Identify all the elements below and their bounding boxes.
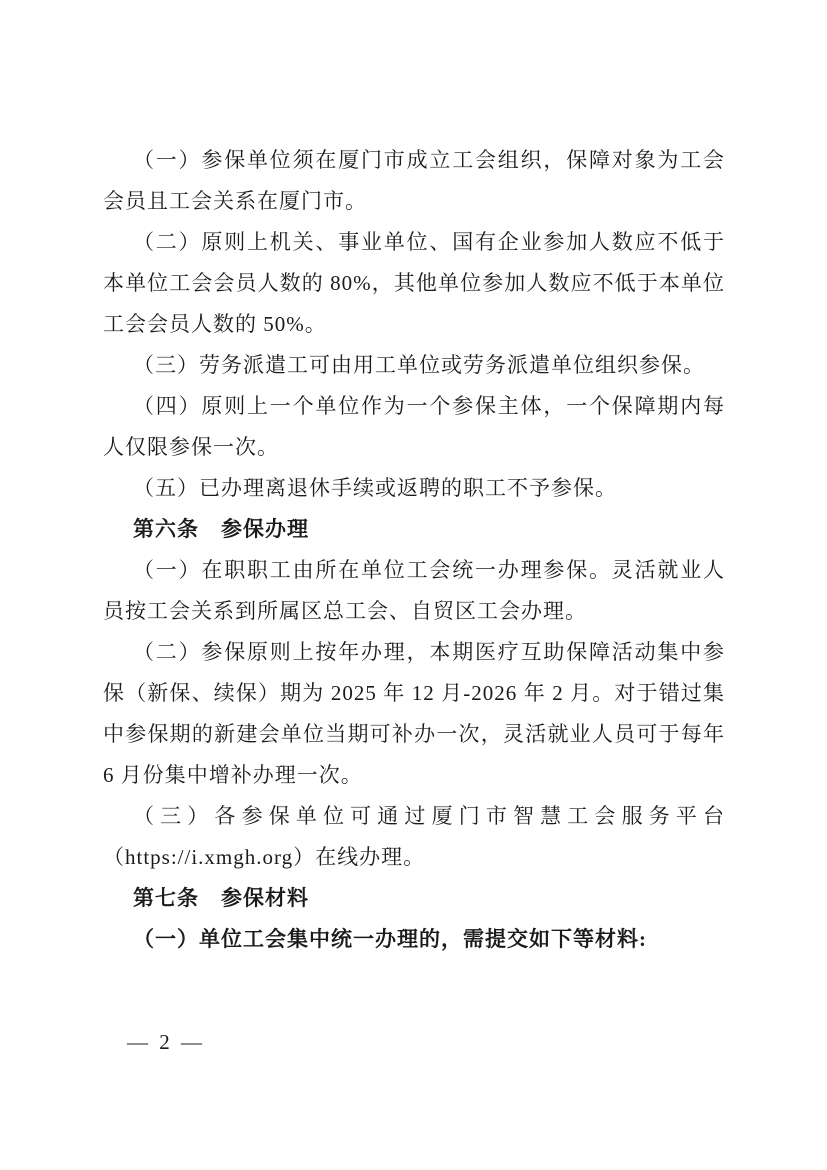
text-line: 工会会员人数的 50%。 (103, 304, 725, 345)
text-line: （二）原则上机关、事业单位、国有企业参加人数应不低于 (103, 222, 725, 263)
page-number: — 2 — (127, 1027, 205, 1057)
text-line: （二）参保原则上按年办理，本期医疗互助保障活动集中参 (103, 632, 725, 673)
text-line: 中参保期的新建会单位当期可补办一次，灵活就业人员可于每年 (103, 714, 725, 755)
text-line: 保（新保、续保）期为 2025 年 12 月-2026 年 2 月。对于错过集 (103, 673, 725, 714)
text-line: （三）各参保单位可通过厦门市智慧工会服务平台 (103, 796, 725, 837)
text-line: （四）原则上一个单位作为一个参保主体，一个保障期内每 (103, 386, 725, 427)
text-line: （一）单位工会集中统一办理的，需提交如下等材料: (103, 919, 725, 960)
text-line: 第六条 参保办理 (103, 509, 725, 550)
text-line: （三）劳务派遣工可由用工单位或劳务派遣单位组织参保。 (103, 345, 725, 386)
text-line: 第七条 参保材料 (103, 878, 725, 919)
text-line: 员按工会关系到所属区总工会、自贸区工会办理。 (103, 591, 725, 632)
text-line: （一）在职职工由所在单位工会统一办理参保。灵活就业人 (103, 550, 725, 591)
text-line: （https://i.xmgh.org）在线办理。 (103, 837, 725, 878)
text-line: （一）参保单位须在厦门市成立工会组织，保障对象为工会 (103, 140, 725, 181)
text-line: 人仅限参保一次。 (103, 427, 725, 468)
text-line: 本单位工会会员人数的 80%，其他单位参加人数应不低于本单位 (103, 263, 725, 304)
text-line: （五）已办理离退休手续或返聘的职工不予参保。 (103, 468, 725, 509)
text-line: 6 月份集中增补办理一次。 (103, 755, 725, 796)
document-body: （一）参保单位须在厦门市成立工会组织，保障对象为工会会员且工会关系在厦门市。（二… (103, 140, 725, 960)
document-page: （一）参保单位须在厦门市成立工会组织，保障对象为工会会员且工会关系在厦门市。（二… (0, 0, 827, 1170)
text-line: 会员且工会关系在厦门市。 (103, 181, 725, 222)
